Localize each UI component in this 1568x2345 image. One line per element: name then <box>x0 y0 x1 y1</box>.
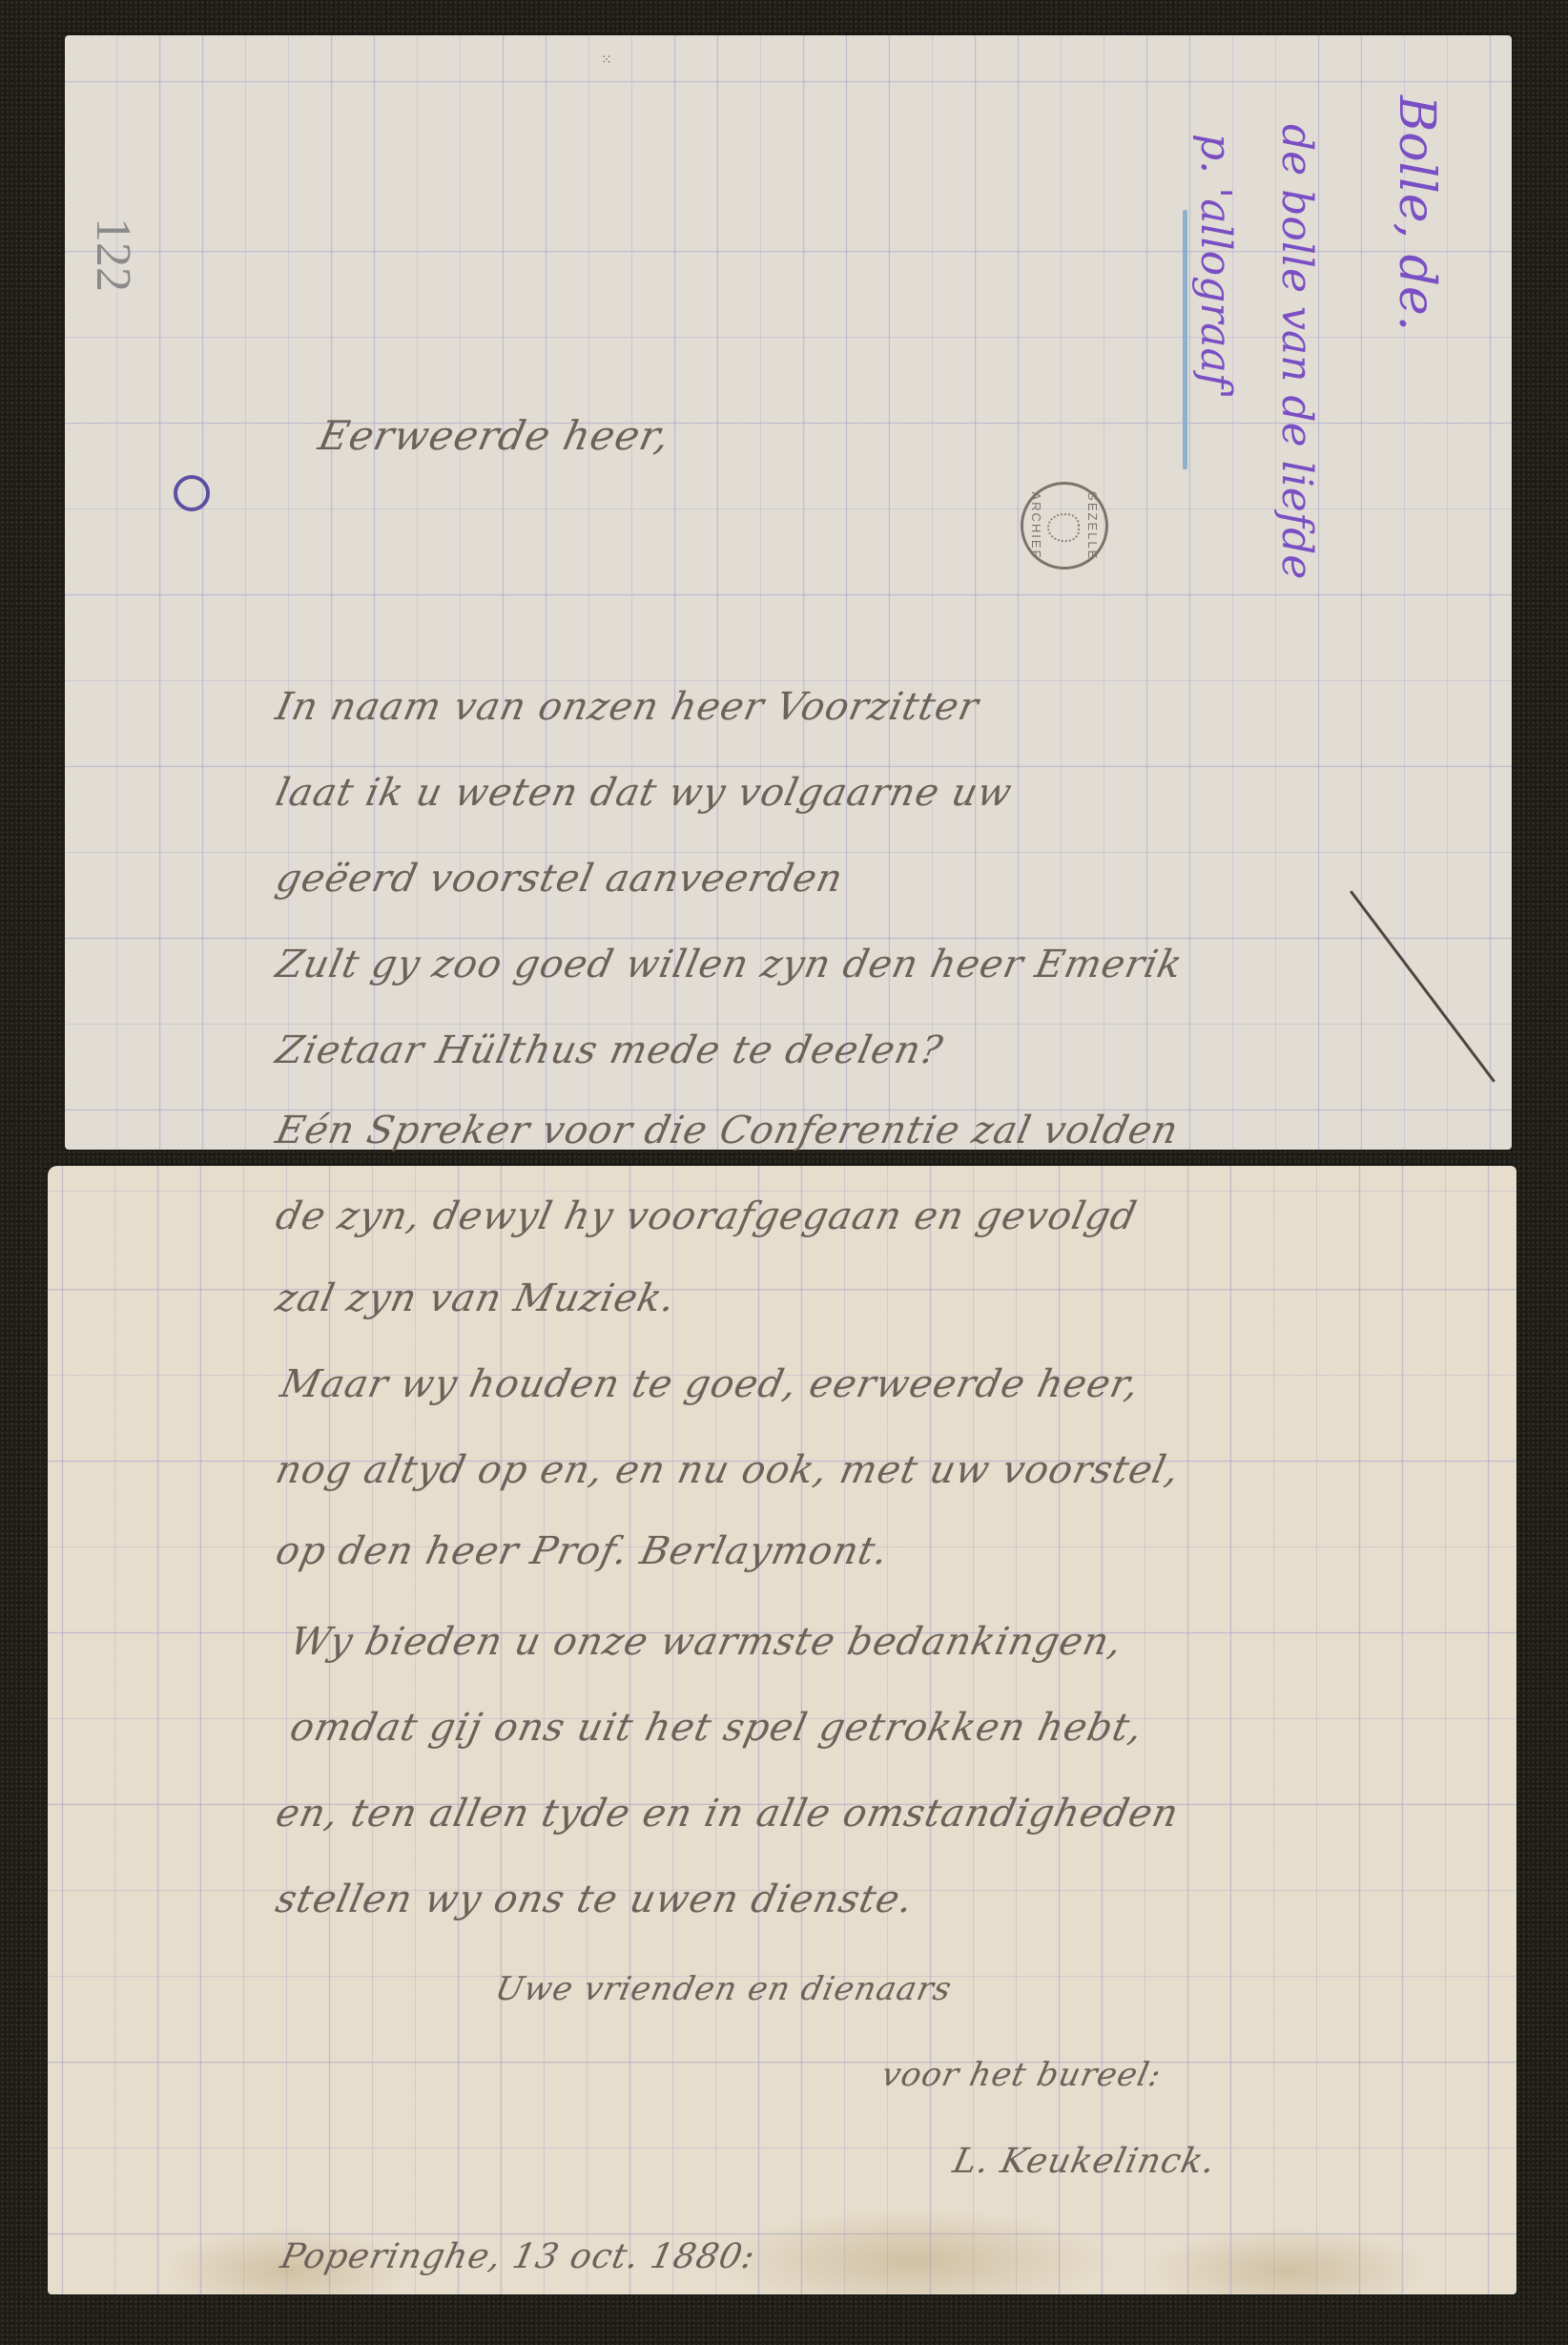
letter-line: op den heer Prof. Berlaymont. <box>272 1529 893 1573</box>
letter-line: Zult gy zoo goed willen zyn den heer Eme… <box>272 943 1186 986</box>
signature: L. Keukelinck. <box>950 2142 1220 2181</box>
purple-annotation-note: p. 'allograaf' <box>1191 134 1240 400</box>
purple-annotation-title: Bolle, de. <box>1388 95 1445 331</box>
letter-line: laat ik u weten dat wy volgaarne uw <box>272 771 1016 815</box>
circle-mark <box>174 475 210 511</box>
on-behalf-of: voor het bureel: <box>878 2056 1166 2094</box>
purple-annotation-subtitle: de bolle van de liefde <box>1272 124 1321 579</box>
place-date: Poperinghe, 13 oct. 1880: <box>278 2237 759 2276</box>
ink-specks: ⁙ <box>601 52 612 68</box>
stamp-emblem-icon <box>1047 513 1080 542</box>
stamp-bottom-text: ARCHIEF <box>1029 485 1043 567</box>
closing: Uwe vrienden en dienaars <box>492 1970 956 2008</box>
salutation: Eerweerde heer, <box>315 412 674 459</box>
letter-line: Eén Spreker voor die Conferentie zal vol… <box>272 1109 1183 1152</box>
water-stain <box>715 2209 1116 2294</box>
letter-line: en, ten allen tyde en in alle omstandigh… <box>272 1792 1183 1836</box>
letter-line: nog altyd op en, en nu ook, met uw voors… <box>272 1448 1184 1492</box>
letter-line: zal zyn van Muziek. <box>272 1276 679 1320</box>
letter-line: Wy bieden u onze warmste bedankingen, <box>286 1620 1126 1664</box>
pencil-folio-number: 122 <box>85 218 141 292</box>
letter-line: geëerd voorstel aanveerden <box>272 857 847 901</box>
blue-pencil-underline <box>1183 210 1187 469</box>
letter-line: omdat gij ons uit het spel getrokken heb… <box>286 1706 1147 1750</box>
letter-line: de zyn, dewyl hy voorafgegaan en gevolgd <box>272 1194 1141 1238</box>
gezelle-archief-stamp: GEZELLE ARCHIEF <box>1021 482 1108 570</box>
letter-line: Maar wy houden te goed, eerweerde heer, <box>277 1362 1144 1406</box>
letter-line: Zietaar Hülthus mede te deelen? <box>272 1028 947 1072</box>
stamp-top-text: GEZELLE <box>1085 485 1100 567</box>
letter-line: In naam van onzen heer Voorzitter <box>272 685 982 729</box>
letter-line: stellen wy ons te uwen dienste. <box>272 1878 918 1921</box>
water-stain <box>1145 2228 1431 2294</box>
